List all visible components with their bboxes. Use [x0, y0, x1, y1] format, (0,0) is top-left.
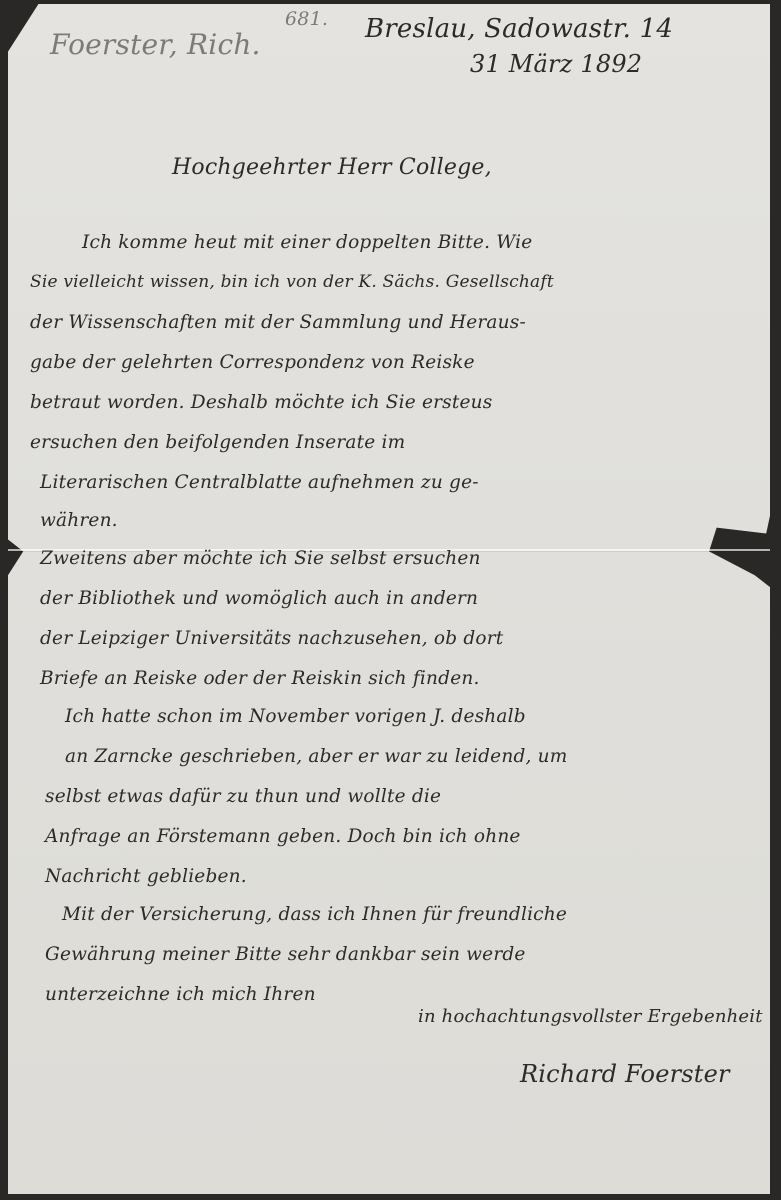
body-line: Literarischen Centralblatte aufnehmen zu… — [40, 472, 479, 493]
letter-place: Breslau, Sadowastr. 14 — [365, 14, 673, 44]
body-line: ersuchen den beifolgenden Inserate im — [30, 432, 405, 453]
body-line: Gewährung meiner Bitte sehr dankbar sein… — [45, 944, 526, 965]
body-line: Mit der Versicherung, dass ich Ihnen für… — [62, 904, 567, 925]
body-line: Nachricht geblieben. — [45, 866, 247, 887]
body-line: der Leipziger Universitäts nachzusehen, … — [40, 628, 503, 649]
body-line: Ich hatte schon im November vorigen J. d… — [65, 706, 526, 727]
body-line: Anfrage an Förstemann geben. Doch bin ic… — [45, 826, 521, 847]
salutation: Hochgeehrter Herr College, — [172, 155, 492, 180]
body-line: Sie vielleicht wissen, bin ich von der K… — [30, 272, 554, 292]
body-line: der Wissenschaften mit der Sammlung und … — [30, 312, 526, 333]
body-line: währen. — [40, 510, 118, 531]
body-line: Briefe an Reiske oder der Reiskin sich f… — [40, 668, 480, 689]
body-line: gabe der gelehrten Correspondenz von Rei… — [30, 352, 475, 373]
body-line: Zweitens aber möchte ich Sie selbst ersu… — [40, 548, 481, 569]
body-line: an Zarncke geschrieben, aber er war zu l… — [65, 746, 568, 767]
archive-name-annotation: Foerster, Rich. — [50, 28, 261, 61]
body-line: betraut worden. Deshalb möchte ich Sie e… — [30, 392, 492, 413]
archive-number: 681. — [285, 8, 328, 30]
closing-formula: in hochachtungsvollster Ergebenheit — [418, 1006, 763, 1027]
body-line: der Bibliothek und womöglich auch in and… — [40, 588, 478, 609]
letter-date: 31 März 1892 — [470, 50, 642, 78]
body-line: Ich komme heut mit einer doppelten Bitte… — [82, 232, 532, 253]
body-line: unterzeichne ich mich Ihren — [45, 984, 316, 1005]
body-line: selbst etwas dafür zu thun und wollte di… — [45, 786, 441, 807]
signature: Richard Foerster — [520, 1060, 730, 1088]
